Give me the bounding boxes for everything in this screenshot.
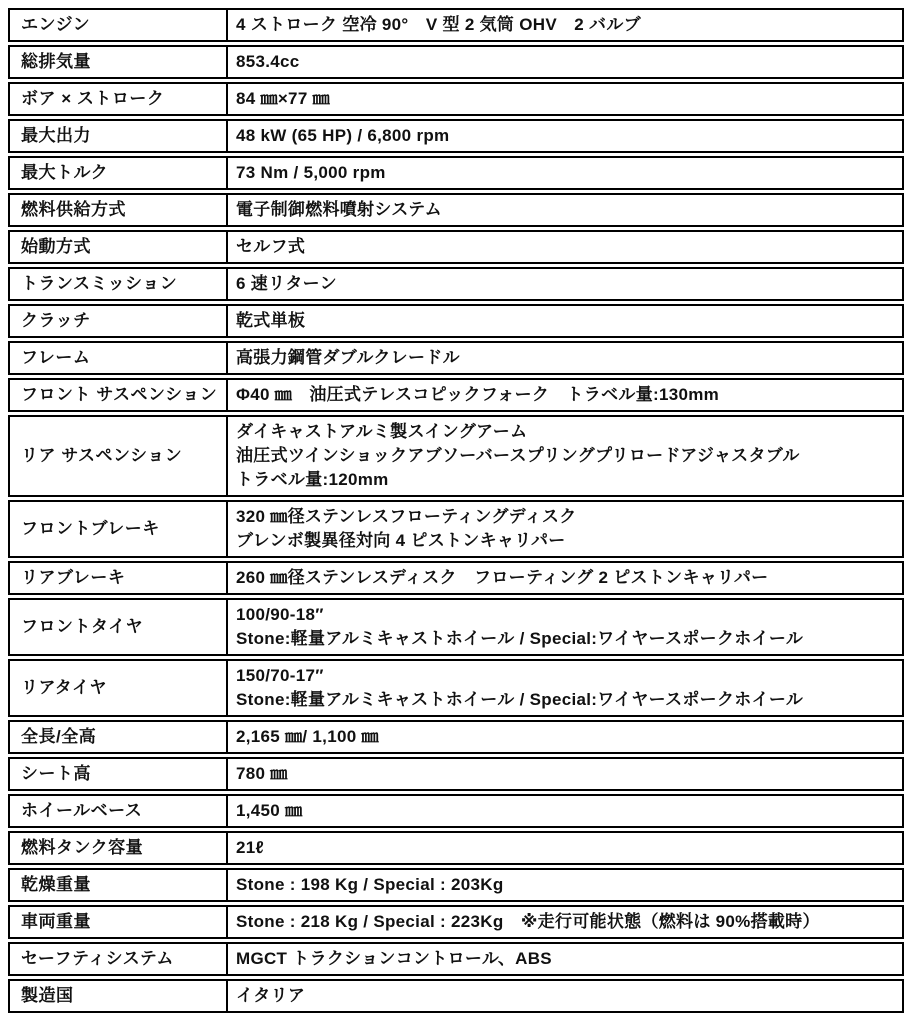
spec-row: シート高780 ㎜	[8, 757, 904, 791]
spec-label: フロントタイヤ	[10, 600, 228, 654]
spec-label: エンジン	[10, 10, 228, 40]
spec-value-line: 電子制御燃料噴射システム	[236, 198, 892, 222]
spec-row: フロントブレーキ320 ㎜径ステンレスフローティングディスクブレンボ製異径対向 …	[8, 500, 904, 558]
spec-value-line: 780 ㎜	[236, 762, 892, 786]
spec-value-line: Stone : 218 Kg / Special : 223Kg ※走行可能状態…	[236, 910, 892, 934]
spec-label: フレーム	[10, 343, 228, 373]
spec-row: 燃料タンク容量21ℓ	[8, 831, 904, 865]
spec-value: 電子制御燃料噴射システム	[228, 195, 902, 225]
spec-value-line: セルフ式	[236, 235, 892, 259]
spec-row: リアブレーキ260 ㎜径ステンレスディスク フローティング 2 ピストンキャリパ…	[8, 561, 904, 595]
spec-value: 853.4cc	[228, 47, 902, 77]
spec-value: 1,450 ㎜	[228, 796, 902, 826]
spec-label: ホイールベース	[10, 796, 228, 826]
spec-value: 高張力鋼管ダブルクレードル	[228, 343, 902, 373]
spec-value: 100/90-18″Stone:軽量アルミキャストホイール / Special:…	[228, 600, 902, 654]
spec-row: リア サスペンションダイキャストアルミ製スイングアーム油圧式ツインショックアブソ…	[8, 415, 904, 497]
spec-label: ボア × ストローク	[10, 84, 228, 114]
spec-row: リアタイヤ150/70-17″Stone:軽量アルミキャストホイール / Spe…	[8, 659, 904, 717]
spec-row: クラッチ乾式単板	[8, 304, 904, 338]
spec-label: 総排気量	[10, 47, 228, 77]
spec-value-line: MGCT トラクションコントロール、ABS	[236, 947, 892, 971]
spec-label: 車両重量	[10, 907, 228, 937]
spec-value: 320 ㎜径ステンレスフローティングディスクブレンボ製異径対向 4 ピストンキャ…	[228, 502, 902, 556]
spec-value-line: 73 Nm / 5,000 rpm	[236, 161, 892, 185]
spec-value: ダイキャストアルミ製スイングアーム油圧式ツインショックアブソーバースプリングプリ…	[228, 417, 902, 495]
spec-value-line: 高張力鋼管ダブルクレードル	[236, 346, 892, 370]
spec-value-line: Φ40 ㎜ 油圧式テレスコピックフォーク トラベル量:130mm	[236, 383, 892, 407]
spec-row: 最大トルク73 Nm / 5,000 rpm	[8, 156, 904, 190]
spec-value-line: 21ℓ	[236, 836, 892, 860]
spec-table: エンジン4 ストローク 空冷 90° V 型 2 気筒 OHV 2 バルブ総排気…	[8, 8, 904, 1013]
spec-row: ホイールベース1,450 ㎜	[8, 794, 904, 828]
spec-value: Φ40 ㎜ 油圧式テレスコピックフォーク トラベル量:130mm	[228, 380, 902, 410]
spec-value-line: トラベル量:120mm	[236, 468, 892, 492]
spec-label: フロント サスペンション	[10, 380, 228, 410]
spec-row: ボア × ストローク84 ㎜×77 ㎜	[8, 82, 904, 116]
spec-label: リアブレーキ	[10, 563, 228, 593]
spec-value-line: 150/70-17″	[236, 664, 892, 688]
spec-value: 48 kW (65 HP) / 6,800 rpm	[228, 121, 902, 151]
spec-row: 乾燥重量Stone : 198 Kg / Special : 203Kg	[8, 868, 904, 902]
spec-value-line: 4 ストローク 空冷 90° V 型 2 気筒 OHV 2 バルブ	[236, 13, 892, 37]
spec-label: 製造国	[10, 981, 228, 1011]
spec-label: シート高	[10, 759, 228, 789]
spec-row: フロント サスペンションΦ40 ㎜ 油圧式テレスコピックフォーク トラベル量:1…	[8, 378, 904, 412]
spec-value: イタリア	[228, 981, 902, 1011]
page: エンジン4 ストローク 空冷 90° V 型 2 気筒 OHV 2 バルブ総排気…	[0, 0, 912, 1013]
spec-row: 総排気量853.4cc	[8, 45, 904, 79]
spec-value-line: 100/90-18″	[236, 603, 892, 627]
spec-value: 84 ㎜×77 ㎜	[228, 84, 902, 114]
spec-value-line: Stone:軽量アルミキャストホイール / Special:ワイヤースポークホイ…	[236, 627, 892, 651]
spec-value: 乾式単板	[228, 306, 902, 336]
spec-value-line: 84 ㎜×77 ㎜	[236, 87, 892, 111]
spec-label: リア サスペンション	[10, 417, 228, 495]
spec-label: 燃料タンク容量	[10, 833, 228, 863]
spec-label: 始動方式	[10, 232, 228, 262]
spec-value-line: ダイキャストアルミ製スイングアーム	[236, 420, 892, 444]
spec-value-line: 48 kW (65 HP) / 6,800 rpm	[236, 124, 892, 148]
spec-value: 6 速リターン	[228, 269, 902, 299]
spec-row: 製造国イタリア	[8, 979, 904, 1013]
spec-row: 全長/全高2,165 ㎜/ 1,100 ㎜	[8, 720, 904, 754]
spec-row: フレーム高張力鋼管ダブルクレードル	[8, 341, 904, 375]
spec-value: Stone : 218 Kg / Special : 223Kg ※走行可能状態…	[228, 907, 902, 937]
spec-value-line: 320 ㎜径ステンレスフローティングディスク	[236, 505, 892, 529]
spec-value: 260 ㎜径ステンレスディスク フローティング 2 ピストンキャリパー	[228, 563, 902, 593]
spec-row: 燃料供給方式電子制御燃料噴射システム	[8, 193, 904, 227]
spec-label: 最大トルク	[10, 158, 228, 188]
spec-value-line: 853.4cc	[236, 50, 892, 74]
spec-row: トランスミッション6 速リターン	[8, 267, 904, 301]
spec-value-line: 1,450 ㎜	[236, 799, 892, 823]
spec-label: 全長/全高	[10, 722, 228, 752]
spec-value: 150/70-17″Stone:軽量アルミキャストホイール / Special:…	[228, 661, 902, 715]
spec-value: 780 ㎜	[228, 759, 902, 789]
spec-value-line: 6 速リターン	[236, 272, 892, 296]
spec-value: MGCT トラクションコントロール、ABS	[228, 944, 902, 974]
spec-value-line: イタリア	[236, 984, 892, 1008]
spec-value-line: Stone : 198 Kg / Special : 203Kg	[236, 873, 892, 897]
spec-row: 最大出力48 kW (65 HP) / 6,800 rpm	[8, 119, 904, 153]
spec-label: 最大出力	[10, 121, 228, 151]
spec-value: 73 Nm / 5,000 rpm	[228, 158, 902, 188]
spec-label: クラッチ	[10, 306, 228, 336]
spec-row: フロントタイヤ100/90-18″Stone:軽量アルミキャストホイール / S…	[8, 598, 904, 656]
spec-row: 車両重量Stone : 218 Kg / Special : 223Kg ※走行…	[8, 905, 904, 939]
spec-value-line: 260 ㎜径ステンレスディスク フローティング 2 ピストンキャリパー	[236, 566, 892, 590]
spec-value: Stone : 198 Kg / Special : 203Kg	[228, 870, 902, 900]
spec-value-line: ブレンボ製異径対向 4 ピストンキャリパー	[236, 529, 892, 553]
spec-value: セルフ式	[228, 232, 902, 262]
spec-label: セーフティシステム	[10, 944, 228, 974]
spec-row: 始動方式セルフ式	[8, 230, 904, 264]
spec-value: 2,165 ㎜/ 1,100 ㎜	[228, 722, 902, 752]
spec-label: 燃料供給方式	[10, 195, 228, 225]
spec-label: トランスミッション	[10, 269, 228, 299]
spec-value-line: 乾式単板	[236, 309, 892, 333]
spec-row: エンジン4 ストローク 空冷 90° V 型 2 気筒 OHV 2 バルブ	[8, 8, 904, 42]
spec-row: セーフティシステムMGCT トラクションコントロール、ABS	[8, 942, 904, 976]
spec-value-line: 油圧式ツインショックアブソーバースプリングプリロードアジャスタブル	[236, 444, 892, 468]
spec-value-line: 2,165 ㎜/ 1,100 ㎜	[236, 725, 892, 749]
spec-label: フロントブレーキ	[10, 502, 228, 556]
spec-label: リアタイヤ	[10, 661, 228, 715]
spec-value: 4 ストローク 空冷 90° V 型 2 気筒 OHV 2 バルブ	[228, 10, 902, 40]
spec-label: 乾燥重量	[10, 870, 228, 900]
spec-value-line: Stone:軽量アルミキャストホイール / Special:ワイヤースポークホイ…	[236, 688, 892, 712]
spec-value: 21ℓ	[228, 833, 902, 863]
